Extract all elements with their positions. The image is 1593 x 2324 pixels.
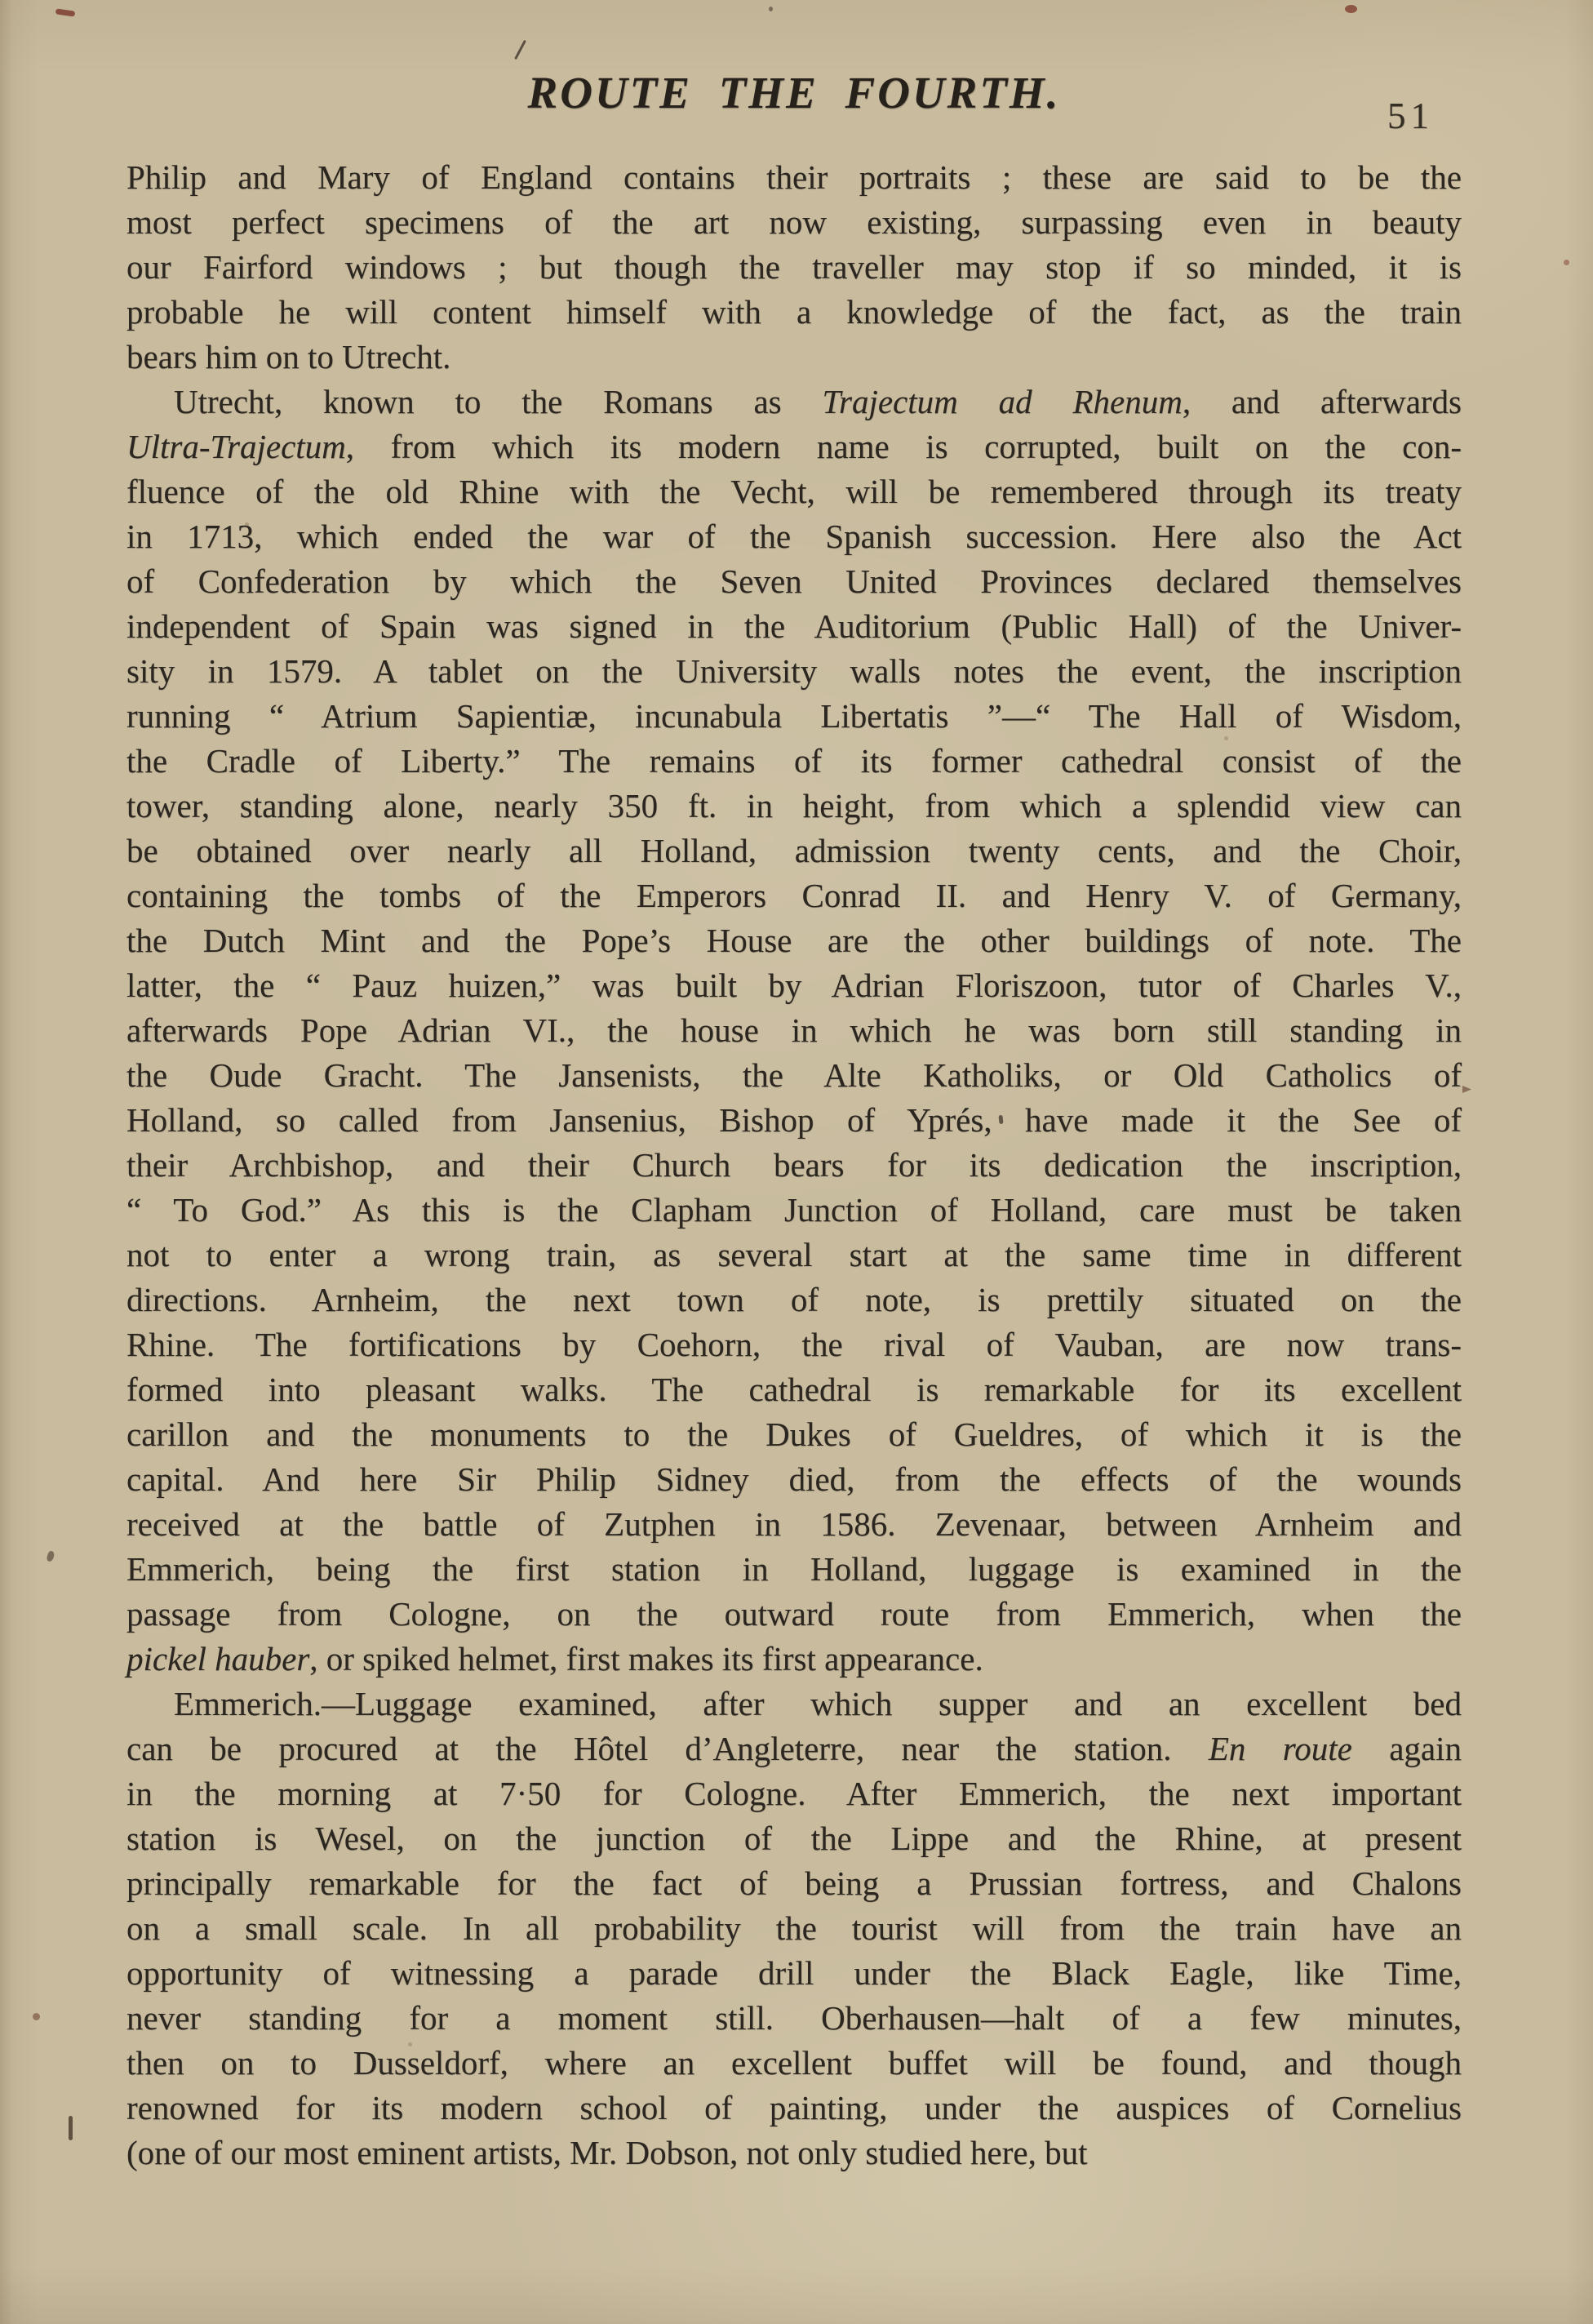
text-line: afterwards Pope Adrian VI., the house in… [126,1008,1462,1053]
text-segment: afterwards Pope Adrian VI., the house in… [126,1011,1462,1049]
text-segment: then on to Dusseldorf, where an excellen… [126,2044,1462,2082]
text-line: fluence of the old Rhine with the Vecht,… [126,469,1462,514]
paragraph: Philip and Mary of England contains thei… [126,155,1462,380]
text-segment: in the morning at 7·50 for Cologne. Afte… [126,1775,1462,1812]
text-line: then on to Dusseldorf, where an excellen… [126,2041,1462,2086]
text-segment: received at the battle of Zutphen in 158… [126,1505,1462,1543]
text-segment: bears him on to Utrecht. [126,338,450,375]
text-block: Philip and Mary of England contains thei… [126,155,1462,2175]
text-line: Ultra-Trajectum, from which its modern n… [126,424,1462,469]
text-line: independent of Spain was signed in the A… [126,604,1462,649]
text-line: in 1713, which ended the war of the Span… [126,514,1462,559]
text-line: (one of our most eminent artists, Mr. Do… [126,2131,1462,2175]
text-segment: the Dutch Mint and the Pope’s House are … [126,922,1462,959]
text-segment: renowned for its modern school of painti… [126,2089,1462,2126]
text-segment: latter, the “ Pauz huizen,” was built by… [126,966,1462,1004]
text-segment: sity in 1579. A tablet on the University… [126,652,1462,690]
text-segment: in 1713, which ended the war of the Span… [126,518,1462,555]
text-line: of Confederation by which the Seven Unit… [126,559,1462,604]
text-line: station is Wesel, on the junction of the… [126,1816,1462,1861]
text-line: Emmerich, being the first station in Hol… [126,1547,1462,1592]
text-segment: Emmerich.—Luggage examined, after which … [174,1685,1462,1722]
italic-text: En route [1209,1730,1352,1767]
text-segment: , or spiked helmet, first makes its firs… [309,1640,983,1677]
text-line: not to enter a wrong train, as several s… [126,1233,1462,1278]
text-line: “ To God.” As this is the Clapham Juncti… [126,1188,1462,1233]
page-number: 51 [1387,95,1485,137]
text-line: on a small scale. In all probability the… [126,1906,1462,1951]
paragraph: Emmerich.—Luggage examined, after which … [126,1682,1462,2175]
text-segment: Holland, so called from Jansenius, Bisho… [126,1101,1462,1139]
text-line: carillon and the monuments to the Dukes … [126,1412,1462,1457]
text-segment: on a small scale. In all probability the… [126,1909,1462,1947]
text-line: the Dutch Mint and the Pope’s House are … [126,918,1462,963]
text-segment: can be procured at the Hôtel d’Angleterr… [126,1730,1209,1767]
text-line: Emmerich.—Luggage examined, after which … [126,1682,1462,1726]
text-line: the Cradle of Liberty.” The remains of i… [126,739,1462,784]
scan-mark [1462,1086,1471,1093]
text-line: directions. Arnheim, the next town of no… [126,1278,1462,1322]
text-line: containing the tombs of the Emperors Con… [126,873,1462,918]
text-line: formed into pleasant walks. The cathedra… [126,1367,1462,1412]
text-line: their Archbishop, and their Church bears… [126,1143,1462,1188]
scan-mark [1345,5,1357,13]
text-line: running “ Atrium Sapientiæ, incunabula L… [126,694,1462,739]
text-line: never standing for a moment still. Oberh… [126,1996,1462,2041]
text-segment: probable he will content himself with a … [126,293,1462,331]
italic-text: Ultra-Trajectum [126,428,346,465]
text-segment: the Oude Gracht. The Jansenists, the Alt… [126,1056,1462,1094]
text-line: capital. And here Sir Philip Sidney died… [126,1457,1462,1502]
text-segment: independent of Spain was signed in the A… [126,607,1462,645]
text-line: Philip and Mary of England contains thei… [126,155,1462,200]
text-segment: , from which its modern name is corrupte… [346,428,1462,465]
text-segment: again [1352,1730,1462,1767]
text-segment: not to enter a wrong train, as several s… [126,1236,1462,1273]
text-line: opportunity of witnessing a parade drill… [126,1951,1462,1996]
scan-mark [769,7,773,11]
text-segment: principally remarkable for the fact of b… [126,1864,1462,1902]
scan-mark [33,2013,40,2020]
text-line: the Oude Gracht. The Jansenists, the Alt… [126,1053,1462,1098]
text-line: in the morning at 7·50 for Cologne. Afte… [126,1771,1462,1816]
text-segment: formed into pleasant walks. The cathedra… [126,1371,1462,1408]
text-segment: carillon and the monuments to the Dukes … [126,1415,1462,1453]
scan-mark [47,1550,55,1562]
text-segment: passage from Cologne, on the outward rou… [126,1595,1462,1633]
text-line: Holland, so called from Jansenius, Bisho… [126,1098,1462,1143]
text-line: renowned for its modern school of painti… [126,2086,1462,2131]
text-segment: be obtained over nearly all Holland, adm… [126,832,1462,869]
scan-mark [1564,260,1569,265]
text-segment: directions. Arnheim, the next town of no… [126,1281,1462,1318]
text-segment: fluence of the old Rhine with the Vecht,… [126,473,1462,510]
text-segment: their Archbishop, and their Church bears… [126,1146,1462,1184]
paragraph: Utrecht, known to the Romans as Trajectu… [126,380,1462,1682]
text-segment: , and afterwards [1183,383,1462,420]
text-line: be obtained over nearly all Holland, adm… [126,829,1462,873]
text-segment: the Cradle of Liberty.” The remains of i… [126,742,1462,780]
text-line: Rhine. The fortifications by Coehorn, th… [126,1322,1462,1367]
scanned-book-page: { "page": { "header": { "title": "ROUTE … [0,0,1593,2324]
text-segment: Rhine. The fortifications by Coehorn, th… [126,1326,1462,1363]
text-segment: most perfect specimens of the art now ex… [126,203,1462,241]
text-line: tower, standing alone, nearly 350 ft. in… [126,784,1462,829]
text-segment: “ To God.” As this is the Clapham Juncti… [126,1191,1462,1229]
text-line: can be procured at the Hôtel d’Angleterr… [126,1726,1462,1771]
italic-text: pickel hauber [126,1640,309,1677]
text-segment: our Fairford windows ; but though the tr… [126,248,1462,286]
text-segment: running “ Atrium Sapientiæ, incunabula L… [126,697,1462,735]
text-segment: tower, standing alone, nearly 350 ft. in… [126,787,1462,824]
text-segment: opportunity of witnessing a parade drill… [126,1954,1462,1992]
text-line: bears him on to Utrecht. [126,335,1462,380]
text-segment: Utrecht, known to the Romans as [174,383,822,420]
scan-mark [514,40,526,60]
text-line: passage from Cologne, on the outward rou… [126,1592,1462,1637]
text-segment: never standing for a moment still. Oberh… [126,1999,1462,2037]
text-line: pickel hauber, or spiked helmet, first m… [126,1637,1462,1682]
text-line: received at the battle of Zutphen in 158… [126,1502,1462,1547]
text-segment: (one of our most eminent artists, Mr. Do… [126,2134,1087,2171]
text-segment: of Confederation by which the Seven Unit… [126,562,1462,600]
text-line: Utrecht, known to the Romans as Trajectu… [126,380,1462,424]
text-segment: Emmerich, being the first station in Hol… [126,1550,1462,1588]
page-title: ROUTE THE FOURTH. [126,67,1462,118]
text-segment: Philip and Mary of England contains thei… [126,158,1462,196]
text-line: our Fairford windows ; but though the tr… [126,245,1462,290]
scan-mark [69,2116,73,2140]
text-line: most perfect specimens of the art now ex… [126,200,1462,245]
text-segment: containing the tombs of the Emperors Con… [126,877,1462,914]
scan-mark [55,8,76,16]
text-segment: capital. And here Sir Philip Sidney died… [126,1460,1462,1498]
text-line: latter, the “ Pauz huizen,” was built by… [126,963,1462,1008]
text-line: principally remarkable for the fact of b… [126,1861,1462,1906]
text-line: sity in 1579. A tablet on the University… [126,649,1462,694]
text-line: probable he will content himself with a … [126,290,1462,335]
text-segment: station is Wesel, on the junction of the… [126,1820,1462,1857]
italic-text: Trajectum ad Rhenum [822,383,1182,420]
